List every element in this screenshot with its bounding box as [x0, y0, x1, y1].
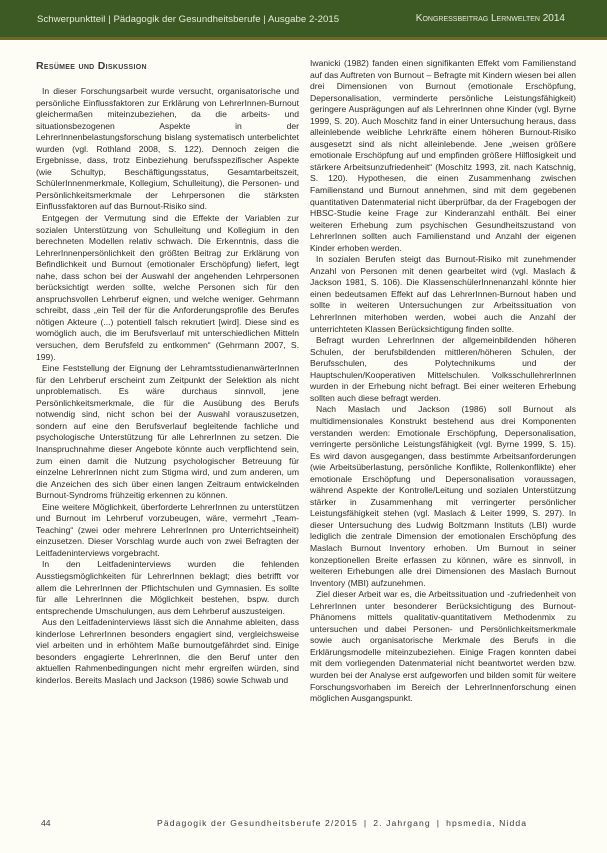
footer-publisher: hpsmedia, Nidda: [446, 818, 527, 828]
running-header: Schwerpunktteil | Pädagogik der Gesundhe…: [0, 0, 607, 40]
paragraph: Aus den Leitfadeninterviews lässt sich d…: [36, 617, 299, 686]
paragraph: In sozialen Berufen steigt das Burnout-R…: [310, 254, 576, 335]
footer-separator: |: [364, 818, 367, 828]
page-number: 44: [41, 818, 51, 828]
paragraph: Eine weitere Möglichkeit, überforderte L…: [36, 502, 299, 560]
footer-separator: |: [437, 818, 440, 828]
paragraph: Befragt wurden LehrerInnen der allgemein…: [310, 335, 576, 404]
header-conference-name: Kongressbeitrag Lernwelten: [416, 13, 540, 24]
paragraph: In dieser Forschungsarbeit wurde versuch…: [36, 86, 299, 213]
section-heading: Resümee und Diskussion: [36, 60, 147, 72]
left-text-column: In dieser Forschungsarbeit wurde versuch…: [36, 86, 299, 686]
right-text-column: Iwanicki (1982) fanden einen signifikant…: [310, 58, 576, 705]
header-section-info: Schwerpunktteil | Pädagogik der Gesundhe…: [37, 14, 339, 25]
footer-journal-title: Pädagogik der Gesundheitsberufe 2/2015: [157, 818, 358, 828]
header-conference-label: Kongressbeitrag Lernwelten 2014: [416, 13, 565, 24]
paragraph: In den Leitfadeninterviews wurden die fe…: [36, 559, 299, 617]
paragraph: Nach Maslach und Jackson (1986) soll Bur…: [310, 404, 576, 589]
paragraph-continued: Iwanicki (1982) fanden einen signifikant…: [310, 58, 576, 254]
paragraph: Eine Feststellung der Eignung der Lehram…: [36, 363, 299, 502]
paragraph: Ziel dieser Arbeit war es, die Arbeitssi…: [310, 589, 576, 704]
footer-volume: 2. Jahrgang: [373, 818, 431, 828]
paragraph: Entgegen der Vermutung sind die Effekte …: [36, 213, 299, 363]
footer-journal-info: Pädagogik der Gesundheitsberufe 2/2015|2…: [157, 818, 527, 828]
header-conference-year: 2014: [543, 13, 565, 24]
